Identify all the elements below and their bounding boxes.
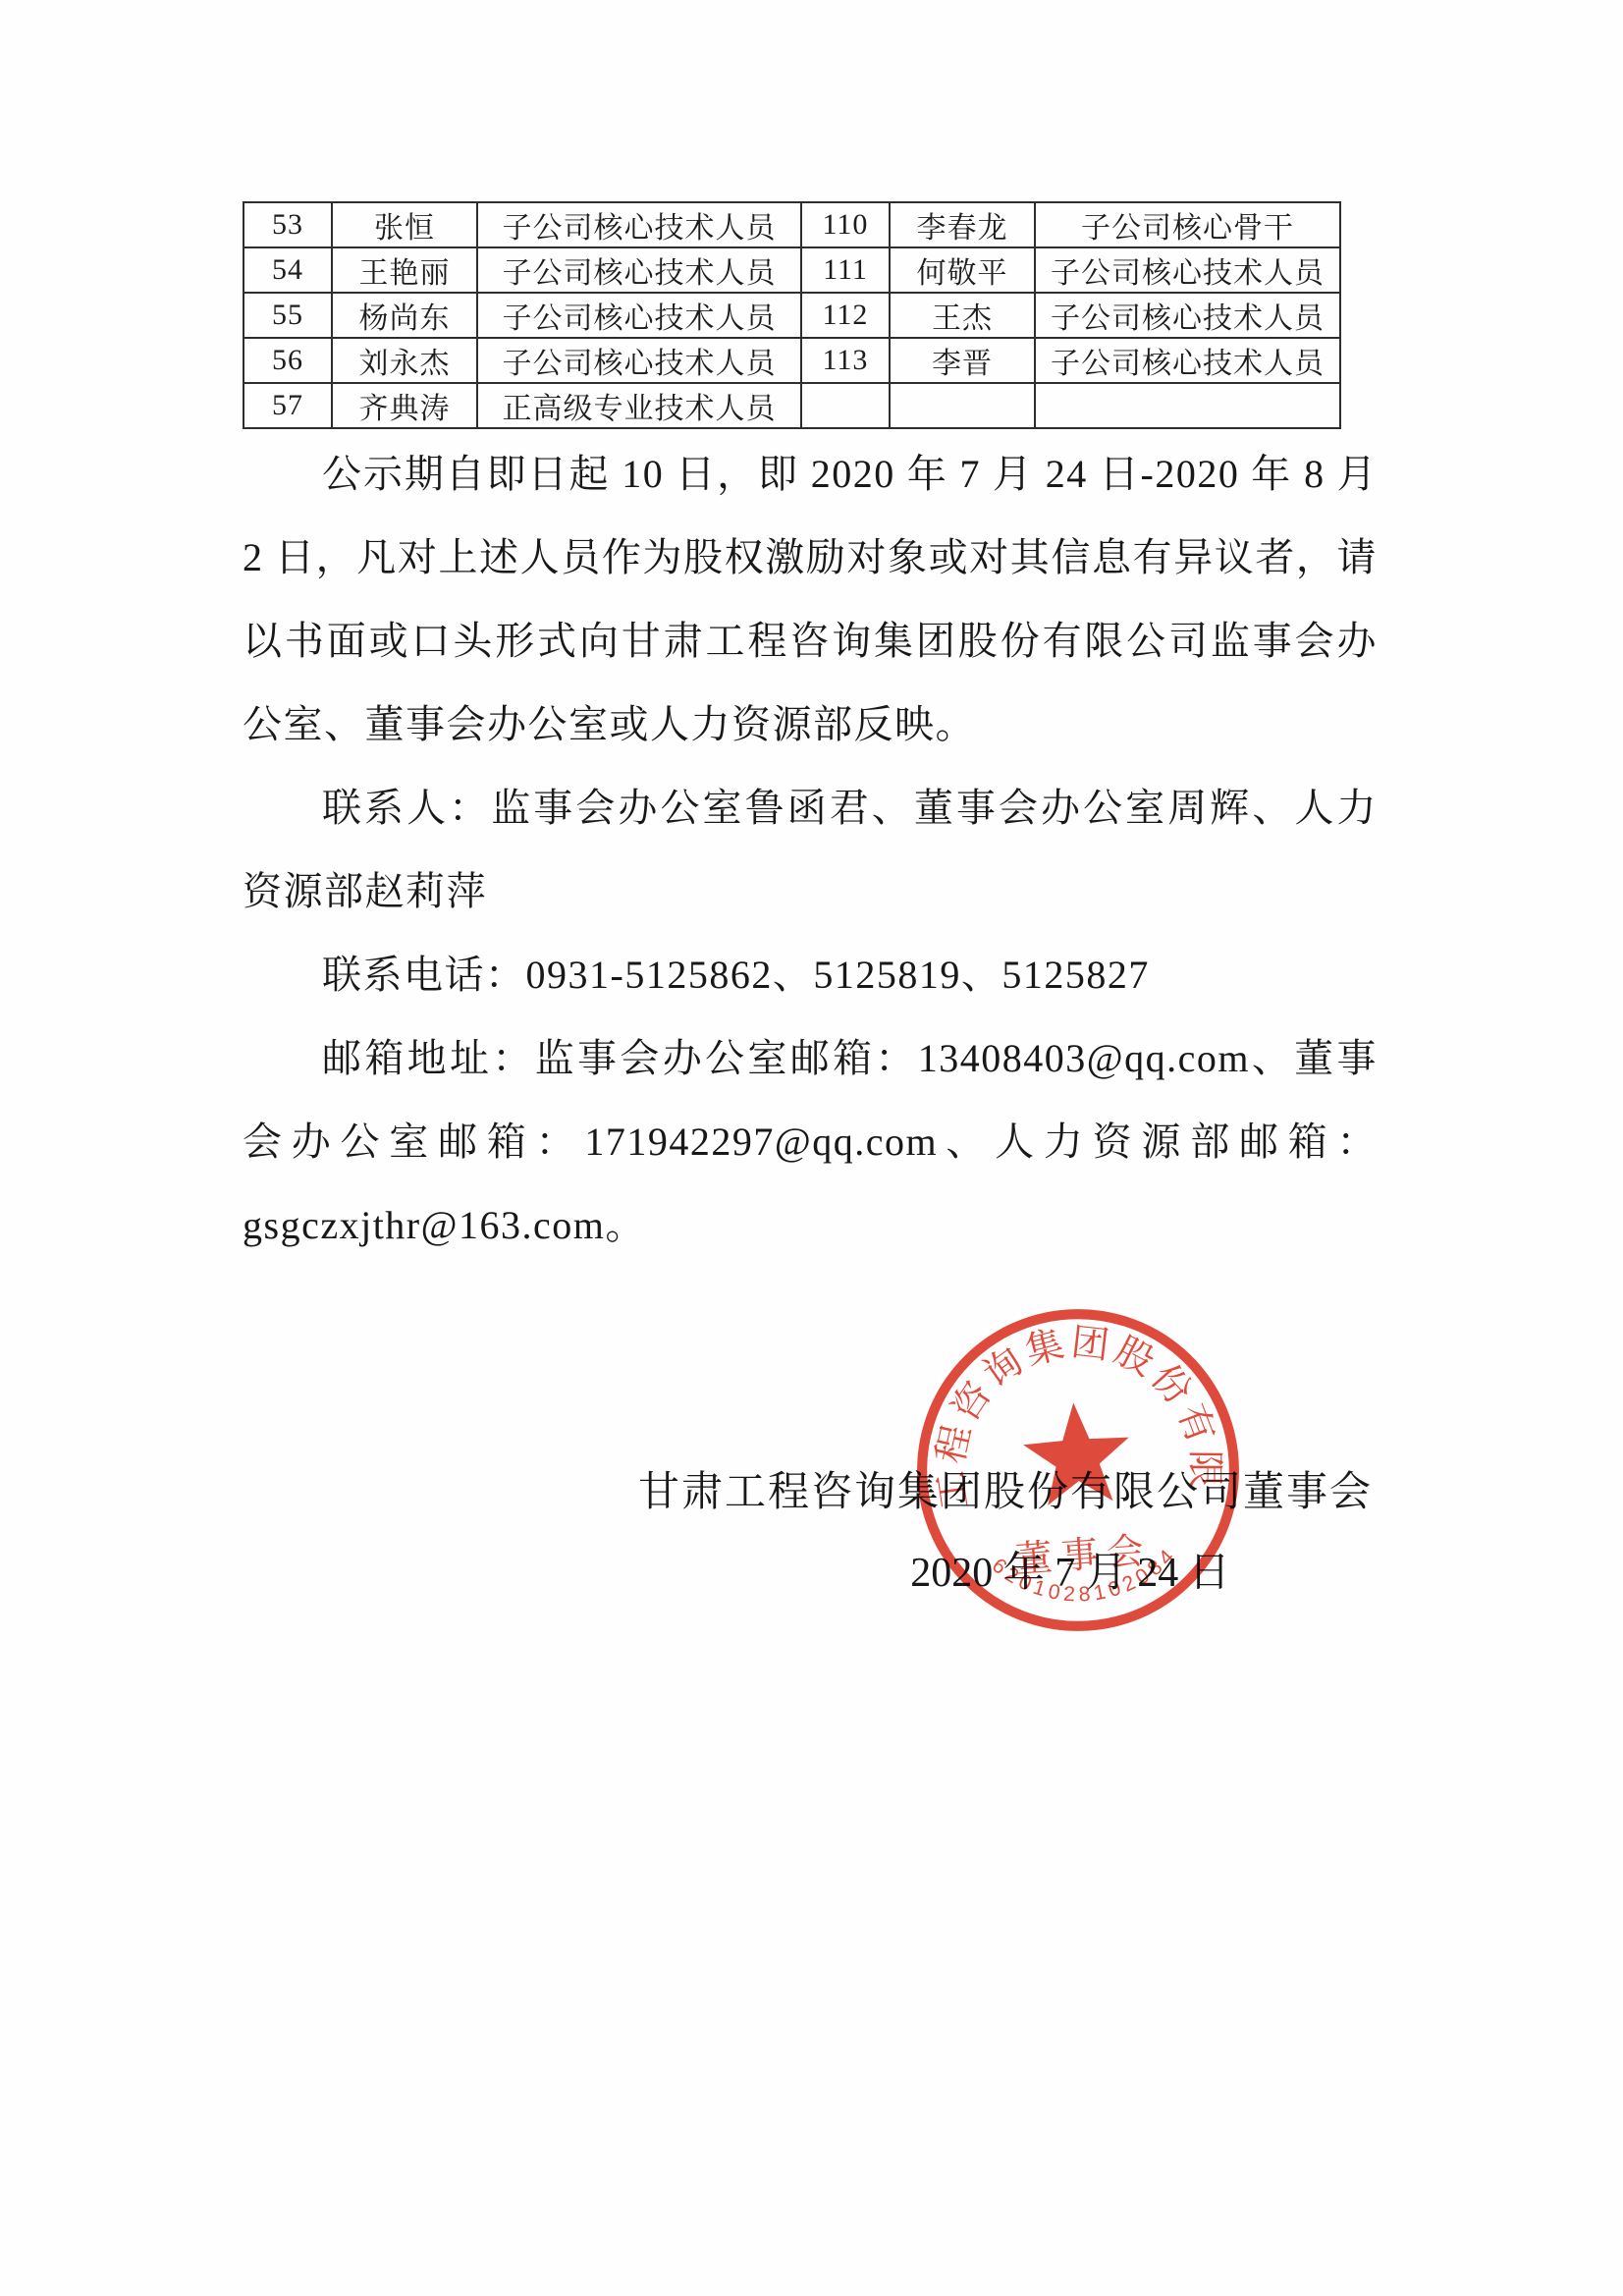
paragraph-phone-numbers: 联系电话：0931-5125862、5125819、5125827 [243,933,1378,1016]
table-row: 56刘永杰子公司核心技术人员113李晋子公司核心技术人员 [243,338,1340,383]
paragraph-email-addresses: 邮箱地址：监事会办公室邮箱：13408403@qq.com、董事会办公室邮箱：1… [243,1016,1378,1267]
table-cell: 李晋 [890,338,1035,383]
table-cell [801,383,890,428]
table-cell: 55 [243,293,332,338]
table-cell: 刘永杰 [332,338,477,383]
table-cell: 王艳丽 [332,247,477,293]
announcement-body: 公示期自即日起 10 日，即 2020 年 7 月 24 日-2020 年 8 … [243,432,1378,1267]
table-cell: 56 [243,338,332,383]
official-seal: 甘肃工程咨询集团股份有限公司 董事会 6201028102084 [897,1289,1258,1650]
table-cell [890,383,1035,428]
paragraph-contacts: 联系人：监事会办公室鲁函君、董事会办公室周辉、人力资源部赵莉萍 [243,766,1378,933]
official-seal-graphic: 甘肃工程咨询集团股份有限公司 董事会 6201028102084 [897,1289,1258,1650]
table-cell: 张恒 [332,202,477,247]
paragraph-public-notice-period: 公示期自即日起 10 日，即 2020 年 7 月 24 日-2020 年 8 … [243,432,1378,766]
roster-table-body: 53张恒子公司核心技术人员110李春龙子公司核心骨干54王艳丽子公司核心技术人员… [243,202,1340,428]
table-cell: 杨尚东 [332,293,477,338]
table-cell: 子公司核心技术人员 [477,202,801,247]
table-cell: 子公司核心骨干 [1035,202,1340,247]
table-cell: 113 [801,338,890,383]
table-cell: 齐典涛 [332,383,477,428]
table-cell [1035,383,1340,428]
table-row: 55杨尚东子公司核心技术人员112王杰子公司核心技术人员 [243,293,1340,338]
table-cell: 子公司核心技术人员 [1035,338,1340,383]
table-row: 57齐典涛正高级专业技术人员 [243,383,1340,428]
table-cell: 正高级专业技术人员 [477,383,801,428]
table-cell: 111 [801,247,890,293]
table-cell: 子公司核心技术人员 [1035,293,1340,338]
table-cell: 王杰 [890,293,1035,338]
table-cell: 57 [243,383,332,428]
table-cell: 54 [243,247,332,293]
incentive-roster-table: 53张恒子公司核心技术人员110李春龙子公司核心骨干54王艳丽子公司核心技术人员… [243,201,1339,429]
table-cell: 子公司核心技术人员 [477,247,801,293]
table-cell: 子公司核心技术人员 [477,338,801,383]
table-cell: 子公司核心技术人员 [1035,247,1340,293]
table-cell: 李春龙 [890,202,1035,247]
seal-star-icon [1020,1399,1133,1507]
document-page: 53张恒子公司核心技术人员110李春龙子公司核心骨干54王艳丽子公司核心技术人员… [0,0,1623,2296]
table-cell: 112 [801,293,890,338]
table-cell: 子公司核心技术人员 [477,293,801,338]
table-cell: 何敬平 [890,247,1035,293]
table-row: 53张恒子公司核心技术人员110李春龙子公司核心骨干 [243,202,1340,247]
table-cell: 110 [801,202,890,247]
table-row: 54王艳丽子公司核心技术人员111何敬平子公司核心技术人员 [243,247,1340,293]
table-cell: 53 [243,202,332,247]
